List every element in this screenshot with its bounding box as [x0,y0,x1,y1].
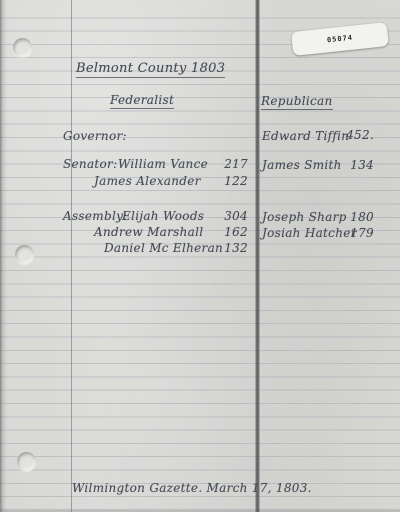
candidate-name: Daniel Mc Elheran [104,241,223,255]
candidate-name: William Vance [118,157,208,171]
margin-line [71,0,72,512]
page-title: Belmont County 1803 [76,61,225,78]
vote-count: 180 [336,210,374,224]
candidate-name: Andrew Marshall [94,225,203,239]
vote-count: 132 [212,241,248,255]
candidate-name: Joseph Sharp [262,210,347,224]
vote-count: 134 [336,158,374,172]
office-label-assembly: Assembly: [63,209,128,223]
vote-count: 452. [336,128,374,142]
office-label-senator: Senator: [63,157,117,171]
center-divider-line [255,0,260,512]
vote-count: 179 [336,226,374,240]
candidate-name: Elijah Woods [122,209,204,223]
catalog-number: 05074 [327,34,354,45]
punch-hole-top [13,38,32,57]
vote-count: 217 [212,157,248,171]
scanned-ledger-page: 05074 Belmont County 1803 Federalist Rep… [0,0,400,512]
candidate-name: James Smith [262,158,342,172]
candidate-name: James Alexander [94,174,201,188]
source-citation: Wilmington Gazette. March 17, 1803. [72,481,312,495]
office-label-governor: Governor: [63,129,127,143]
vote-count: 162 [212,225,248,239]
punch-hole-bottom [17,452,36,471]
vote-count: 304 [212,209,248,223]
column-header-republican: Republican [261,94,333,110]
page-left-edge [0,0,7,512]
column-header-federalist: Federalist [110,93,174,109]
vote-count: 122 [212,174,248,188]
page-bottom-edge [0,508,400,512]
punch-hole-middle [15,245,34,264]
